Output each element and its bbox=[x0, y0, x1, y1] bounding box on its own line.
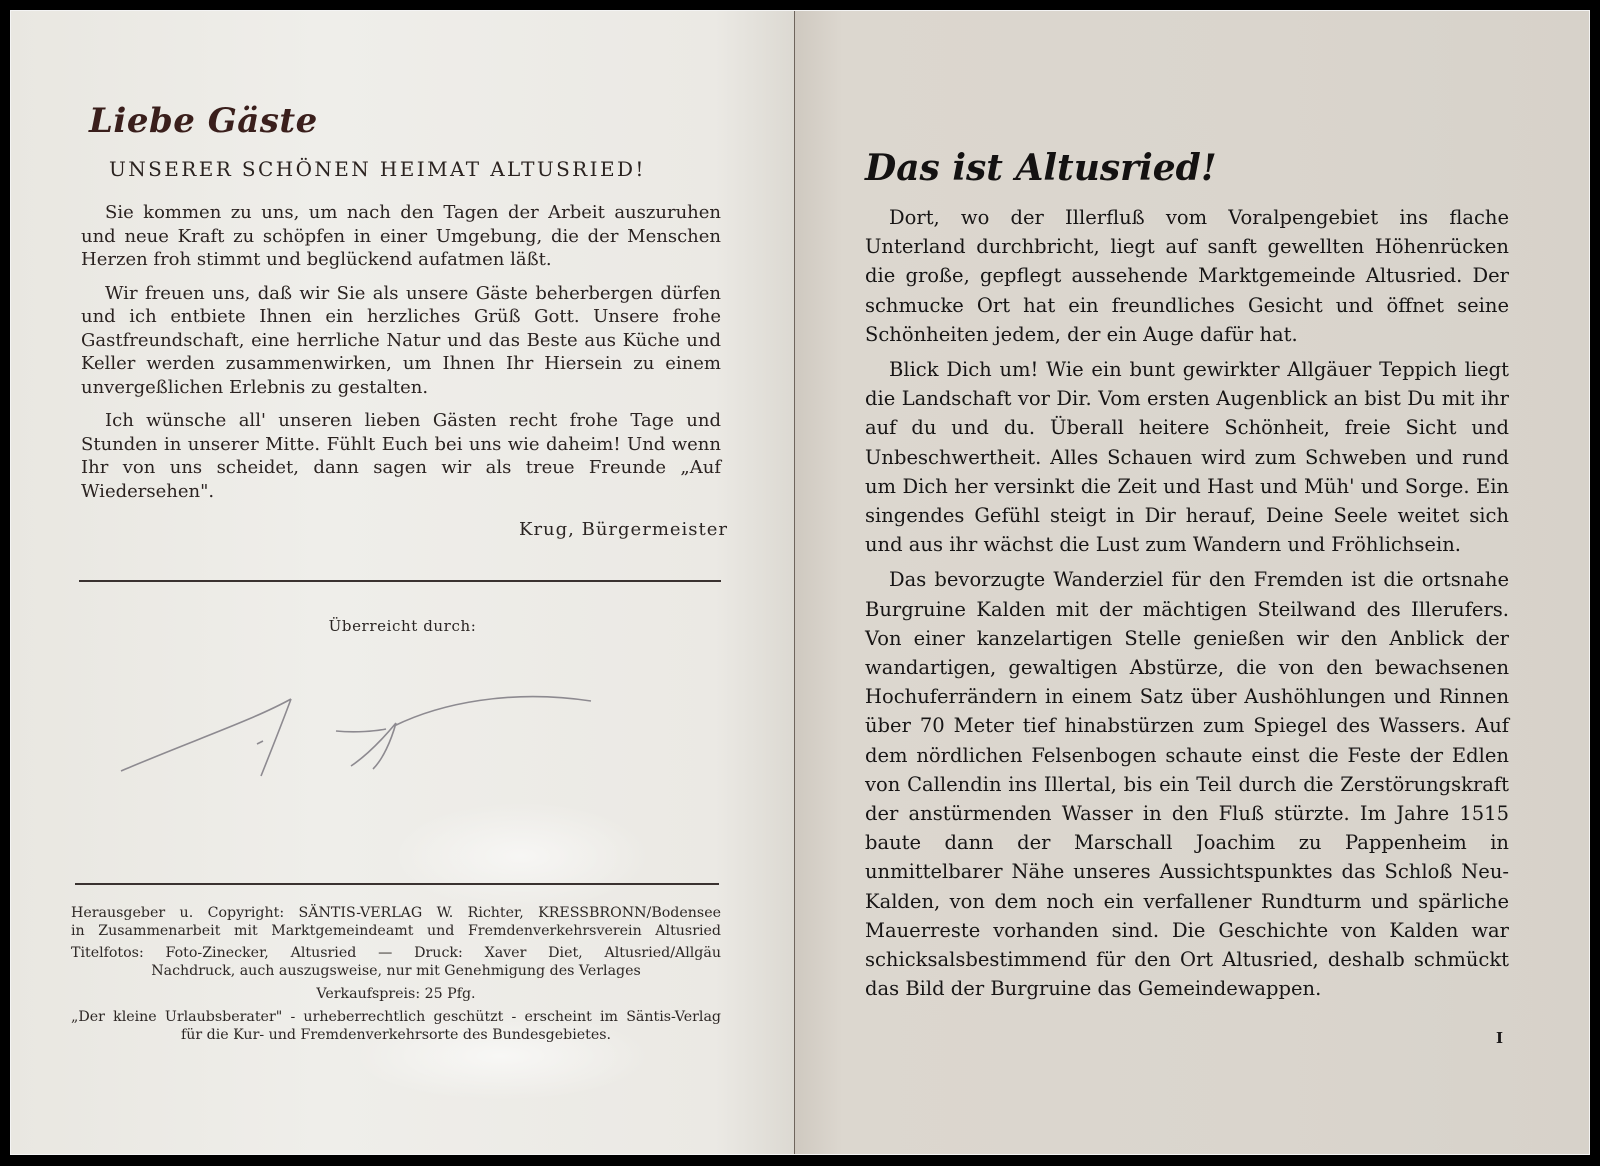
series-line: „Der kleine Urlaubsberater" - urheberrec… bbox=[71, 1008, 721, 1026]
photos-print-line: Titelfotos: Foto-Zinecker, Altusried — D… bbox=[71, 944, 721, 962]
price-line: Verkaufspreis: 25 Pfg. bbox=[71, 985, 721, 1003]
paragraph: Sie kommen zu uns, um nach den Tagen der… bbox=[81, 201, 721, 272]
paragraph: Ich wünsche all' unseren lieben Gästen r… bbox=[81, 409, 721, 503]
mayor-signoff: Krug, Bürgermeister bbox=[519, 519, 728, 540]
light-glare bbox=[391, 801, 651, 911]
imprint: Herausgeber u. Copyright: SÄNTIS-VERLAG … bbox=[71, 904, 721, 1044]
handed-over-label: Überreicht durch: bbox=[11, 617, 794, 635]
reprint-line: Nachdruck, auch auszugsweise, nur mit Ge… bbox=[71, 962, 721, 980]
cooperation-line: in Zusammenarbeit mit Marktgemeindeamt u… bbox=[71, 922, 721, 940]
welcome-text: Sie kommen zu uns, um nach den Tagen der… bbox=[81, 201, 721, 513]
paragraph: Dort, wo der Illerfluß vom Voralpengebie… bbox=[865, 203, 1509, 349]
series-line-2: für die Kur- und Fremdenverkehrsorte des… bbox=[71, 1026, 721, 1044]
page-number: I bbox=[1496, 1029, 1503, 1047]
left-page-title: Liebe Gäste bbox=[89, 101, 318, 141]
paragraph: Blick Dich um! Wie ein bunt gewirkter Al… bbox=[865, 355, 1509, 559]
pencil-signature bbox=[111, 681, 631, 791]
divider bbox=[75, 883, 719, 885]
left-page: Liebe Gäste UNSERER SCHÖNEN HEIMAT ALTUS… bbox=[11, 11, 794, 1154]
left-page-subtitle: UNSERER SCHÖNEN HEIMAT ALTUSRIED! bbox=[109, 157, 646, 181]
divider bbox=[79, 580, 721, 582]
publisher-line: Herausgeber u. Copyright: SÄNTIS-VERLAG … bbox=[71, 904, 721, 922]
right-page: Das ist Altusried! Dort, wo der Illerflu… bbox=[794, 11, 1589, 1154]
booklet-spread: Liebe Gäste UNSERER SCHÖNEN HEIMAT ALTUS… bbox=[10, 10, 1590, 1155]
paragraph: Wir freuen uns, daß wir Sie als unsere G… bbox=[81, 282, 721, 400]
paragraph: Das bevorzugte Wanderziel für den Fremde… bbox=[865, 565, 1509, 1003]
description-text: Dort, wo der Illerfluß vom Voralpengebie… bbox=[865, 203, 1509, 1009]
right-page-title: Das ist Altusried! bbox=[865, 147, 1217, 189]
